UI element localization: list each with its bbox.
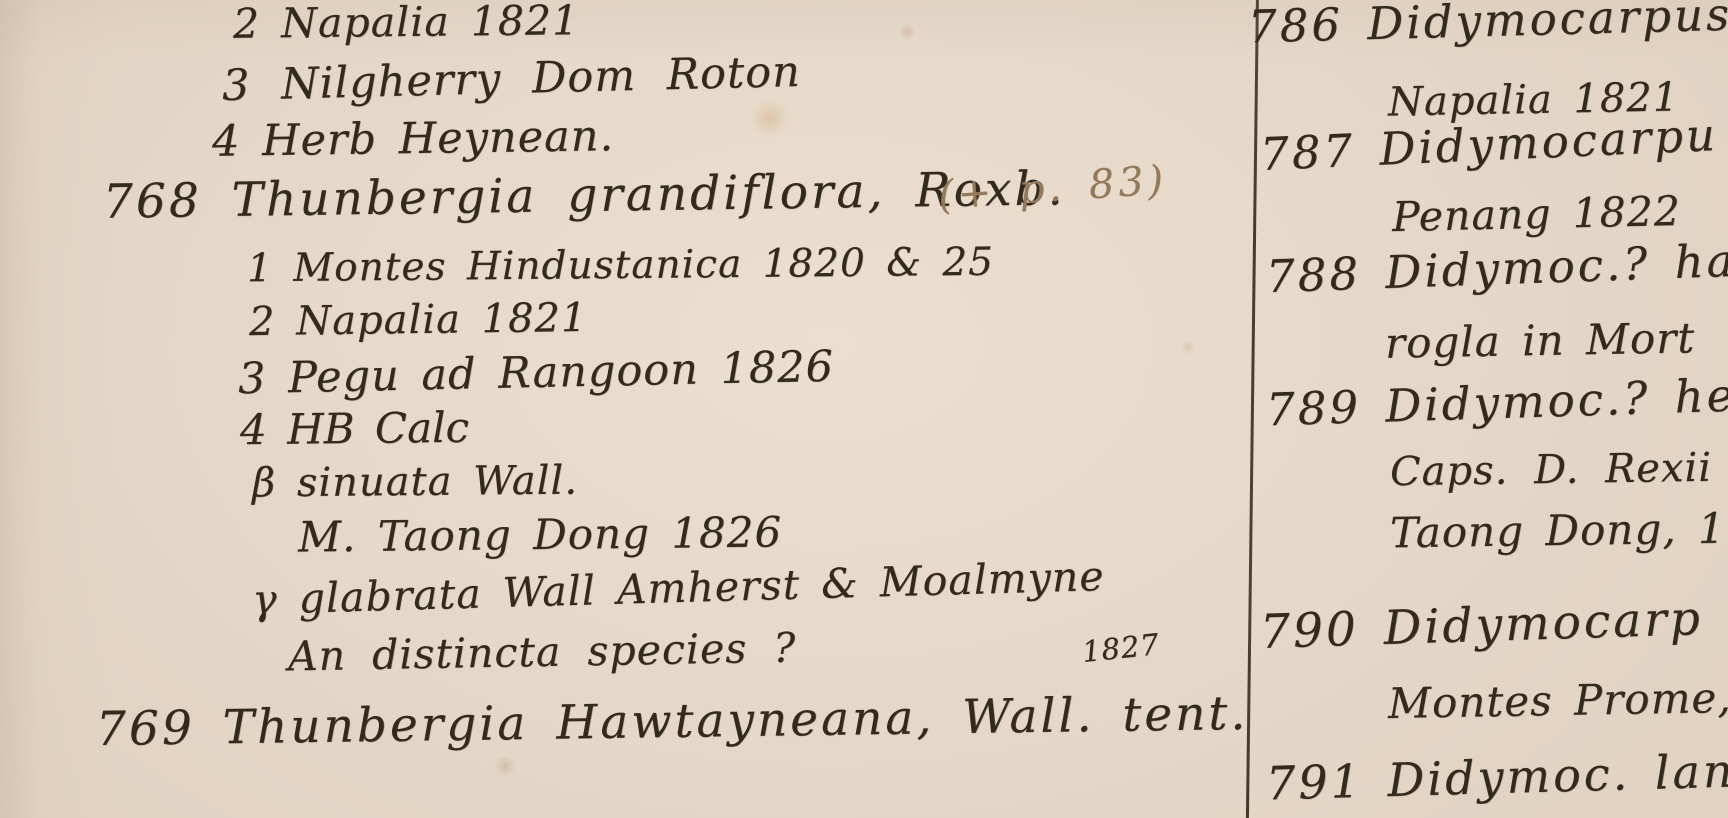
paper-stain <box>492 756 518 776</box>
locality-line: 3 Pegu ad Rangoon 1826 <box>238 346 835 401</box>
catalog-entry-768: 768 Thunbergia grandiflora, Roxb. <box>103 165 1066 225</box>
specimen-line: 2 Napalia 1821 <box>233 0 580 45</box>
catalog-entry-788: 788 Didymoc.? ha <box>1265 238 1728 299</box>
catalog-entry-786: 786 Didymocarpus <box>1247 0 1728 49</box>
catalog-entry-791: 791 Didymoc. lan <box>1265 747 1728 806</box>
note-line: An distincta species ? <box>288 628 797 678</box>
catalog-entry-790: 790 Didymocarp <box>1259 595 1703 656</box>
paper-stain <box>748 100 792 136</box>
column-divider-rule <box>1246 0 1259 818</box>
specimen-line: 3 Nilgherry Dom Roton <box>222 51 802 108</box>
specimen-line: 4 Herb Heynean. <box>212 115 615 164</box>
locality-line: rogla in Mort <box>1385 317 1696 364</box>
inline-year: 1827 <box>1081 630 1161 667</box>
locality-line: 1 Montes Hindustanica 1820 & 25 <box>247 243 994 289</box>
paper-stain <box>898 24 916 40</box>
collector-line: Caps. D. Rexii <box>1390 448 1713 492</box>
locality-line: 4 HB Calc <box>240 407 469 451</box>
catalog-entry-787: 787 Didymocarpu <box>1259 112 1719 177</box>
locality-line: M. Taong Dong 1826 <box>298 511 783 558</box>
locality-line: Taong Dong, 1 <box>1390 508 1726 555</box>
catalog-entry-769: 769 Thunbergia Hawtayneana, Wall. tent. <box>96 690 1249 753</box>
manuscript-page: 2 Napalia 1821 3 Nilgherry Dom Roton 4 H… <box>0 0 1728 818</box>
locality-line: Montes Prome, <box>1388 677 1728 725</box>
variety-line: β sinuata Wall. <box>252 461 578 504</box>
catalog-entry-789: 789 Didymoc.? he <box>1265 373 1728 433</box>
paper-stain <box>1180 340 1196 354</box>
locality-line: Penang 1822 <box>1392 191 1682 238</box>
variety-line: γ glabrata Wall Amherst & Moalmyne <box>252 556 1105 621</box>
locality-line: 2 Napalia 1821 <box>249 298 588 342</box>
